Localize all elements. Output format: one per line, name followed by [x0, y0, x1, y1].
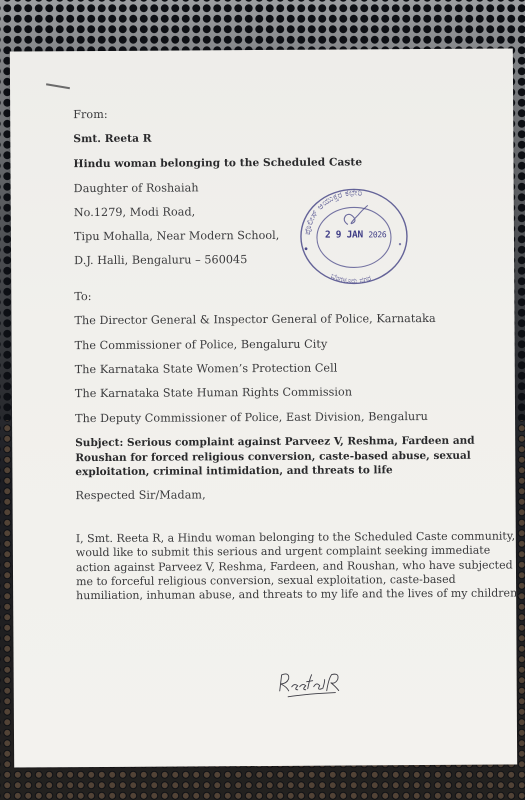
- complaint-letter-page: From: Smt. Reeta R Hindu woman belonging…: [10, 48, 517, 767]
- police-received-stamp: ಪೊಲೀಸ್ ಆಯುಕ್ತರ ಕಛೇರಿ ಬೆಂಗಳೂರು ನಗರ 2 9 JA…: [296, 184, 413, 289]
- stamp-date-year: 2026: [368, 230, 386, 239]
- address-line: D.J. Halli, Bengaluru – 560045: [74, 252, 494, 268]
- recipient: The Karnataka State Human Rights Commiss…: [75, 385, 495, 401]
- recipient: The Commissioner of Police, Bengaluru Ci…: [75, 337, 495, 353]
- handwritten-signature: [274, 662, 364, 703]
- sender-name: Smt. Reeta R: [73, 131, 493, 146]
- sender-lineage: Daughter of Roshaiah: [74, 180, 494, 196]
- stamp-date: 2 9 JAN 2026: [325, 229, 385, 240]
- svg-text:ಬೆಂಗಳೂರು ನಗರ: ಬೆಂಗಳೂರು ನಗರ: [329, 271, 372, 286]
- subject-line: Subject: Serious complaint against Parve…: [75, 433, 515, 479]
- address-line: Tipu Mohalla, Near Modern School,: [74, 228, 494, 244]
- stamp-date-day-month: 2 9 JAN: [325, 229, 363, 240]
- sender-identity: Hindu woman belonging to the Scheduled C…: [73, 156, 493, 171]
- to-label: To:: [74, 288, 494, 304]
- signature-icon: [274, 662, 364, 703]
- recipient: The Deputy Commissioner of Police, East …: [75, 410, 495, 426]
- recipient: The Karnataka State Women’s Protection C…: [75, 361, 495, 377]
- pencil-mark: [46, 83, 70, 89]
- complaint-body: I, Smt. Reeta R, a Hindu woman belonging…: [76, 529, 521, 603]
- from-label: From:: [73, 106, 493, 122]
- recipient: The Director General & Inspector General…: [74, 312, 494, 328]
- salutation: Respected Sir/Madam,: [75, 487, 495, 503]
- address-line: No.1279, Modi Road,: [74, 204, 494, 220]
